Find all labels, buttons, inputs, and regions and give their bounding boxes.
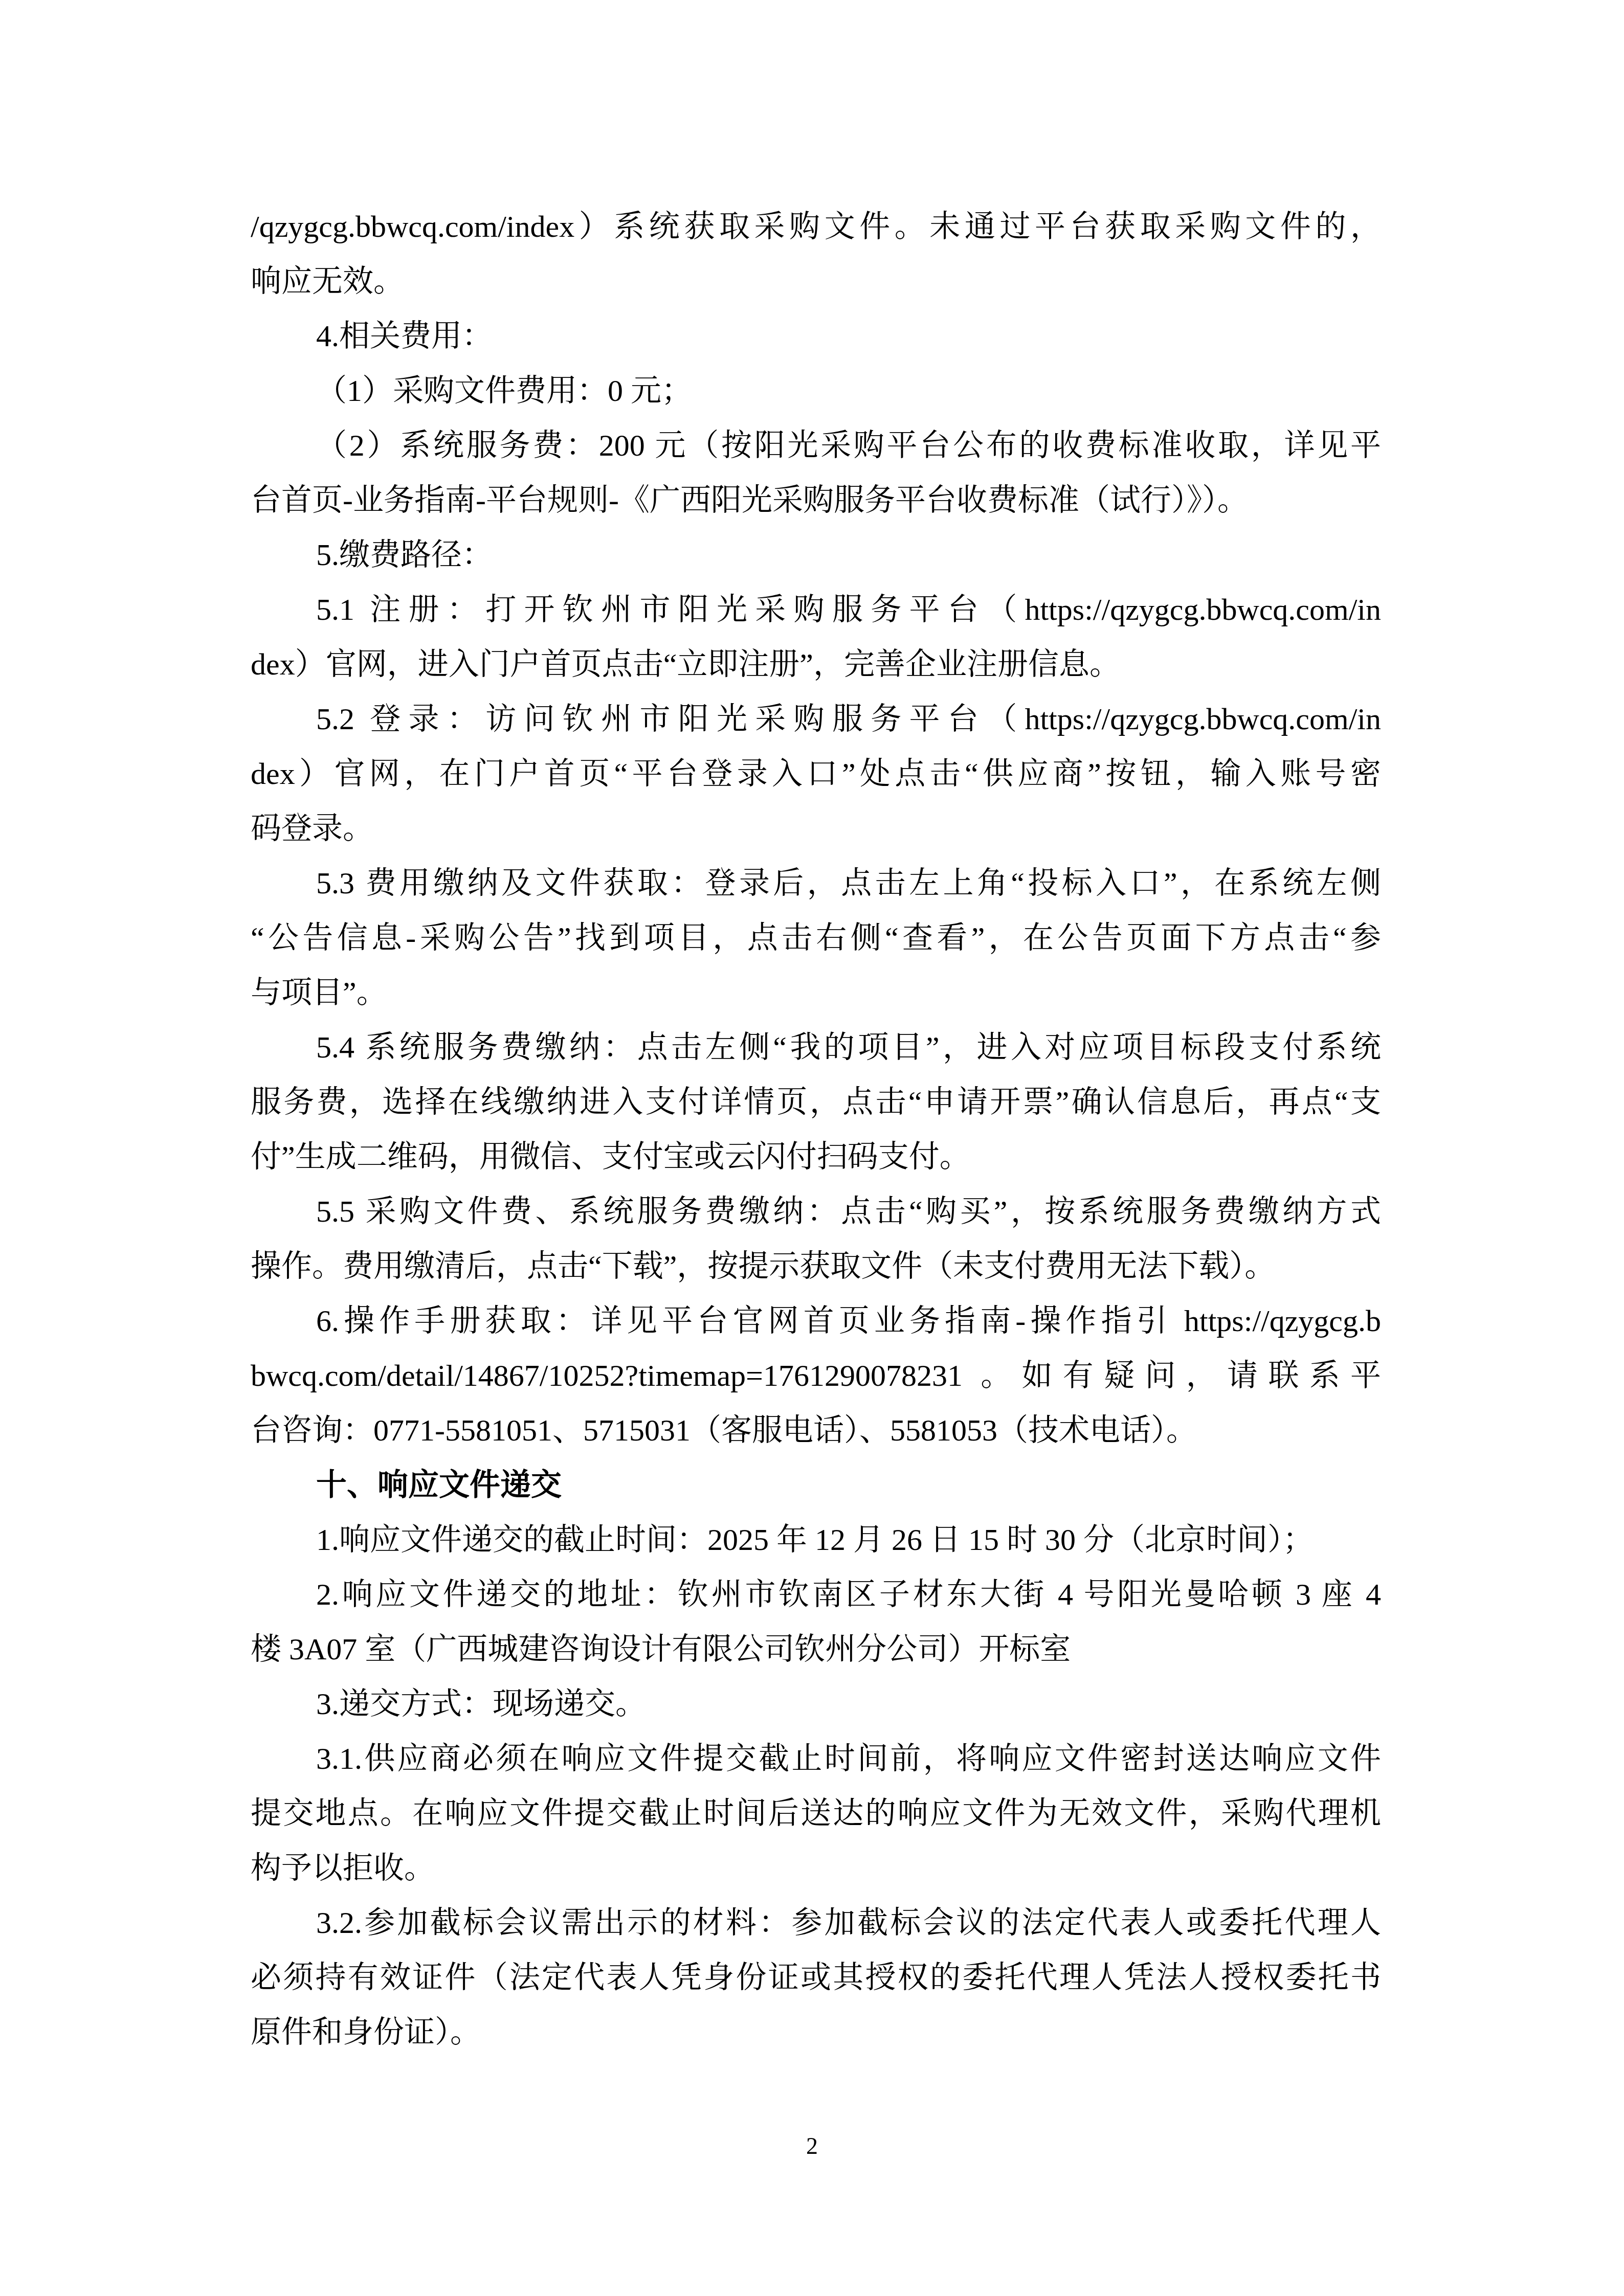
text-line: 1.响应文件递交的截止时间：2025 年 12 月 26 日 15 时 30 分…: [251, 1513, 1381, 1567]
text-line: 5.缴费路径：: [251, 528, 1381, 582]
text-line: 5.2 登录：访问钦州市阳光采购服务平台（https://qzygcg.bbwc…: [251, 692, 1381, 747]
text-line: dex）官网，在门户首页“平台登录入口”处点击“供应商”按钮，输入账号密: [251, 747, 1381, 801]
text-line: 必须持有效证件（法定代表人凭身份证或其授权的委托代理人凭法人授权委托书: [251, 1950, 1381, 2005]
text-line: 提交地点。在响应文件提交截止时间后送达的响应文件为无效文件，采购代理机: [251, 1786, 1381, 1841]
text-line: （2）系统服务费：200 元（按阳光采购平台公布的收费标准收取，详见平: [251, 418, 1381, 473]
text-line: 响应无效。: [251, 254, 1381, 309]
text-line: 台首页-业务指南-平台规则-《广西阳光采购服务平台收费标准（试行）》）。: [251, 473, 1381, 528]
text-line: 服务费，选择在线缴纳进入支付详情页，点击“申请开票”确认信息后，再点“支: [251, 1075, 1381, 1130]
text-line: 3.2.参加截标会议需出示的材料：参加截标会议的法定代表人或委托代理人: [251, 1896, 1381, 1950]
text-line: “公告信息-采购公告”找到项目，点击右侧“查看”，在公告页面下方点击“参: [251, 911, 1381, 965]
document-page: /qzygcg.bbwcq.com/index）系统获取采购文件。未通过平台获取…: [0, 0, 1624, 2296]
text-line: 4.相关费用：: [251, 309, 1381, 364]
text-line: 3.1.供应商必须在响应文件提交截止时间前，将响应文件密封送达响应文件: [251, 1731, 1381, 1786]
section-heading: 十、响应文件递交: [251, 1458, 1381, 1513]
text-line: 5.4 系统服务费缴纳：点击左侧“我的项目”，进入对应项目标段支付系统: [251, 1020, 1381, 1075]
text-line: 码登录。: [251, 801, 1381, 856]
text-line: 付”生成二维码，用微信、支付宝或云闪付扫码支付。: [251, 1130, 1381, 1184]
text-line: 2.响应文件递交的地址：钦州市钦南区子材东大街 4 号阳光曼哈顿 3 座 4: [251, 1567, 1381, 1622]
text-line: 与项目”。: [251, 965, 1381, 1020]
text-line: 5.3 费用缴纳及文件获取：登录后，点击左上角“投标入口”，在系统左侧: [251, 856, 1381, 911]
text-line: 5.1 注册：打开钦州市阳光采购服务平台（https://qzygcg.bbwc…: [251, 582, 1381, 637]
text-line: 5.5 采购文件费、系统服务费缴纳：点击“购买”，按系统服务费缴纳方式: [251, 1184, 1381, 1239]
text-line: 构予以拒收。: [251, 1841, 1381, 1896]
page-number: 2: [0, 2133, 1624, 2159]
text-line: dex）官网，进入门户首页点击“立即注册”，完善企业注册信息。: [251, 637, 1381, 692]
text-column: /qzygcg.bbwcq.com/index）系统获取采购文件。未通过平台获取…: [251, 199, 1381, 2060]
text-line: 原件和身份证）。: [251, 2005, 1381, 2060]
text-line: bwcq.com/detail/14867/10252?timemap=1761…: [251, 1348, 1381, 1403]
text-line: （1）采购文件费用：0 元；: [251, 364, 1381, 418]
text-line: 台咨询：0771-5581051、5715031（客服电话）、5581053（技…: [251, 1403, 1381, 1458]
text-line: /qzygcg.bbwcq.com/index）系统获取采购文件。未通过平台获取…: [251, 199, 1381, 254]
text-line: 6.操作手册获取：详见平台官网首页业务指南-操作指引 https://qzygc…: [251, 1294, 1381, 1348]
text-line: 3.递交方式：现场递交。: [251, 1677, 1381, 1731]
text-line: 操作。费用缴清后，点击“下载”，按提示获取文件（未支付费用无法下载）。: [251, 1239, 1381, 1294]
text-line: 楼 3A07 室（广西城建咨询设计有限公司钦州分公司）开标室: [251, 1622, 1381, 1677]
